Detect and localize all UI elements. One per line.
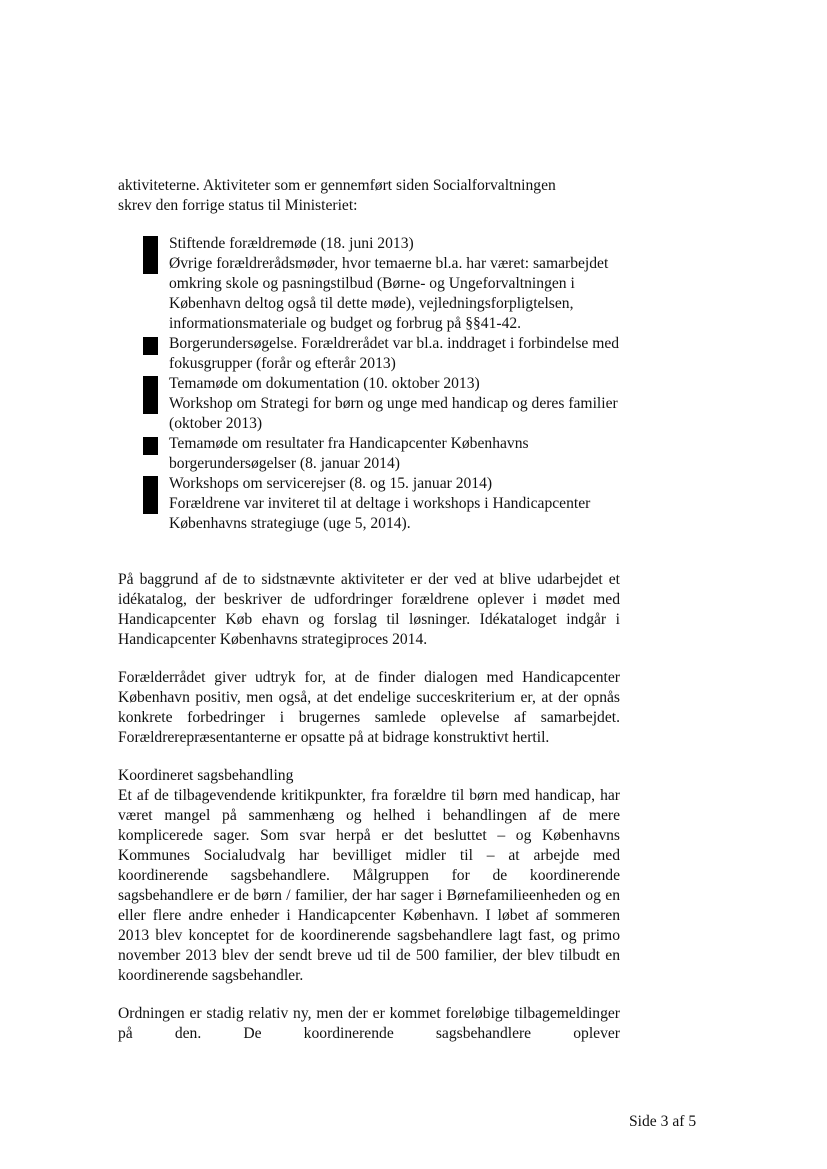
intro-line-2: skrev den forrige status til Ministeriet… xyxy=(118,197,358,214)
intro-line-1: aktiviteterne. Aktiviteter som er gennem… xyxy=(118,177,556,194)
list-item: Forældrene var inviteret til at deltage … xyxy=(118,494,620,534)
bullet-icon xyxy=(143,337,158,355)
paragraph-idekatalog: På baggrund af de to sidstnævnte aktivit… xyxy=(118,570,620,650)
list-item: Workshops om servicerejser (8. og 15. ja… xyxy=(118,474,620,494)
list-item: Temamøde om dokumentation (10. oktober 2… xyxy=(118,374,620,394)
list-item: Stiftende forældremøde (18. juni 2013) xyxy=(118,234,620,254)
list-item-text: Øvrige forældrerådsmøder, hvor temaerne … xyxy=(169,255,608,332)
list-item-text: Temamøde om dokumentation (10. oktober 2… xyxy=(169,375,480,392)
list-item-text: Stiftende forældremøde (18. juni 2013) xyxy=(169,235,414,252)
paragraph-ordningen: Ordningen er stadig relativ ny, men der … xyxy=(118,1004,620,1044)
list-item-text: Workshops om servicerejser (8. og 15. ja… xyxy=(169,475,492,492)
list-item: Øvrige forældrerådsmøder, hvor temaerne … xyxy=(118,254,620,334)
list-item: Borgerundersøgelse. Forældrerådet var bl… xyxy=(118,334,620,374)
list-item-text: Temamøde om resultater fra Handicapcente… xyxy=(169,435,529,472)
list-item-text: Forældrene var inviteret til at deltage … xyxy=(169,495,590,532)
paragraph-foraelderraadet: Forælderrådet giver udtryk for, at de fi… xyxy=(118,668,620,748)
section-heading: Koordineret sagsbehandling xyxy=(118,766,620,786)
document-page: aktiviteterne. Aktiviteter som er gennem… xyxy=(118,176,620,1044)
bullet-icon xyxy=(143,437,158,455)
list-item: Workshop om Strategi for børn og unge me… xyxy=(118,394,620,434)
activity-list: Stiftende forældremøde (18. juni 2013) Ø… xyxy=(118,234,620,534)
intro-paragraph: aktiviteterne. Aktiviteter som er gennem… xyxy=(118,176,620,216)
list-item-text: Workshop om Strategi for børn og unge me… xyxy=(169,395,618,432)
list-item-text: Borgerundersøgelse. Forældrerådet var bl… xyxy=(169,335,619,372)
list-item: Temamøde om resultater fra Handicapcente… xyxy=(118,434,620,474)
paragraph-koordineret: Et af de tilbagevendende kritikpunkter, … xyxy=(118,786,620,986)
page-number: Side 3 af 5 xyxy=(629,1112,696,1132)
